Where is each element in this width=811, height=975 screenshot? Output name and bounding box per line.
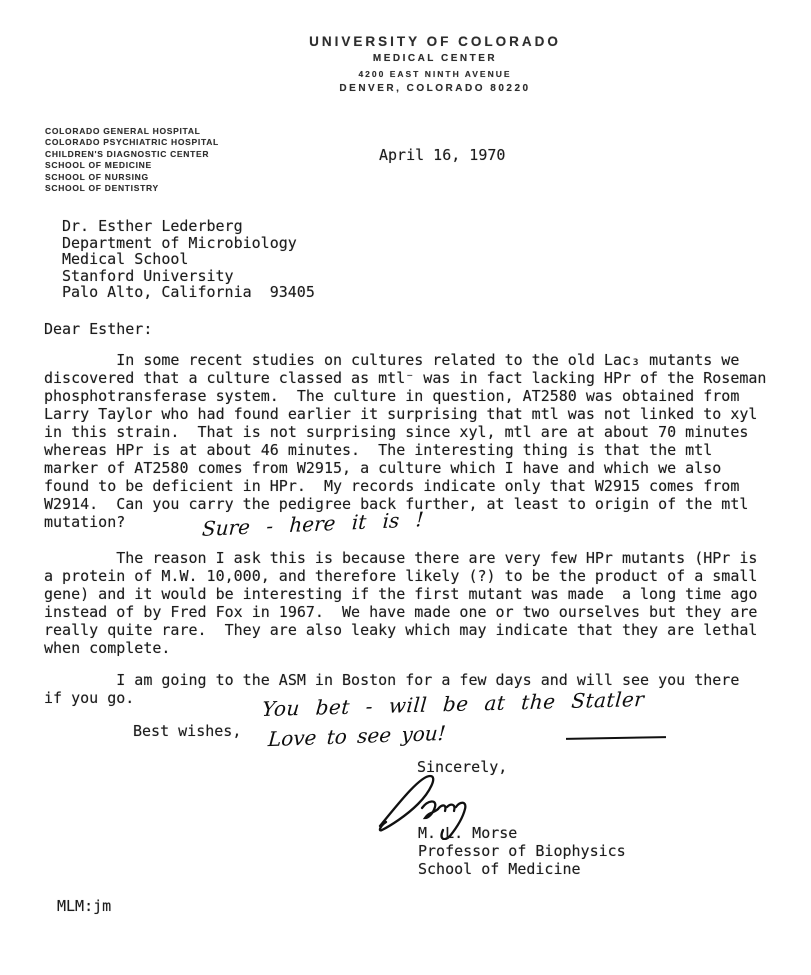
date-line: April 16, 1970 [379, 146, 505, 164]
typist-initials: MLM:jm [57, 897, 111, 915]
institution-item: SCHOOL OF NURSING [45, 172, 219, 183]
institution-item: SCHOOL OF MEDICINE [45, 160, 219, 171]
institution-item: SCHOOL OF DENTISTRY [45, 183, 219, 194]
institution-item: COLORADO GENERAL HOSPITAL [45, 126, 219, 137]
letterhead-university: UNIVERSITY OF COLORADO [285, 34, 585, 49]
handwritten-annotation-love: Love to see you! [267, 721, 446, 751]
closing-line: Best wishes, [133, 722, 241, 740]
letterhead-city-state-zip: DENVER, COLORADO 80220 [285, 83, 585, 94]
letterhead-street-address: 4200 EAST NINTH AVENUE [285, 69, 585, 79]
institution-item: COLORADO PSYCHIATRIC HOSPITAL [45, 137, 219, 148]
body-paragraph-1: In some recent studies on cultures relat… [44, 351, 789, 531]
letterhead: UNIVERSITY OF COLORADO MEDICAL CENTER 42… [285, 34, 585, 94]
statler-underline [566, 736, 666, 740]
institution-item: CHILDREN'S DIAGNOSTIC CENTER [45, 149, 219, 160]
greeting-line: Dear Esther: [44, 320, 152, 338]
letterhead-medical-center: MEDICAL CENTER [285, 53, 585, 64]
body-paragraph-2: The reason I ask this is because there a… [44, 549, 789, 657]
letter-page: UNIVERSITY OF COLORADO MEDICAL CENTER 42… [0, 0, 811, 975]
institution-list: COLORADO GENERAL HOSPITAL COLORADO PSYCH… [45, 126, 219, 194]
signer-name-block: M. L. Morse Professor of Biophysics Scho… [418, 824, 626, 878]
recipient-address: Dr. Esther Lederberg Department of Micro… [62, 218, 315, 301]
